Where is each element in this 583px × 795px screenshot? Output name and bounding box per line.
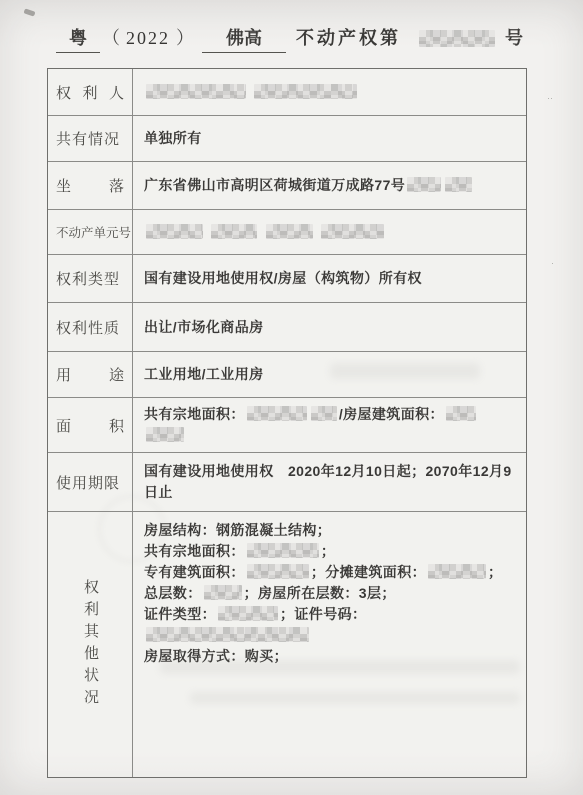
value-line: 专有建筑面积：；分摊建筑面积：； [144,562,518,583]
value-text: 总层数： [144,585,202,601]
row-label: 坐落 [56,175,124,196]
redaction-block [428,564,486,579]
table-row: 面积共有宗地面积：/房屋建筑面积： [48,397,526,452]
redaction-block [407,177,441,192]
value-text: 共有宗地面积： [144,406,245,422]
row-label: 权利类型 [56,268,124,289]
cert-year: 2022 [126,28,170,49]
paren-close: ） [176,24,194,50]
issuer-code: 佛高 [202,24,286,53]
table-row: 坐落广东省佛山市高明区荷城街道万成路77号 [48,161,526,209]
row-value-cell: 国有建设用地使用权 2020年12月10日起；2070年12月9日止 [133,453,526,511]
ghost-print [330,363,480,379]
value-line [144,82,518,103]
value-line: 证件类型：；证件号码： [144,604,518,646]
table-row: 共有情况单独所有 [48,115,526,161]
redaction-block [146,84,246,99]
row-label: 权利其他状况 [81,579,99,711]
redaction-block [146,427,184,442]
paren-open: （ [102,24,120,50]
row-label: 共有情况 [56,128,124,149]
value-text: 国有建设用地使用权/房屋（构筑物）所有权 [144,270,422,286]
row-value-cell [133,69,526,115]
row-label: 使用期限 [56,472,124,493]
row-value-cell: 房屋结构：钢筋混凝土结构；共有宗地面积：；专有建筑面积：；分摊建筑面积：；总层数… [133,512,526,777]
value-text [315,224,319,240]
value-line: 共有宗地面积：/房屋建筑面积： [144,404,518,446]
redaction-block [204,585,242,600]
value-text: ；分摊建筑面积： [311,564,426,580]
value-text: ；房屋所在层数：3层； [244,585,396,601]
redaction-block [247,564,309,579]
table-row: 不动产单元号 [48,209,526,254]
row-label: 用途 [56,364,124,385]
scan-artifact [23,8,35,16]
table-row: 权利人 [48,69,526,115]
redaction-block [146,627,309,642]
value-line: 共有宗地面积：； [144,541,518,562]
row-label-cell: 不动产单元号 [48,210,133,254]
value-text: ； [321,543,335,559]
row-label-cell: 面积 [48,398,133,452]
value-text: 单独所有 [144,130,202,146]
value-text [248,84,252,100]
ghost-stamp [98,495,166,563]
row-value-cell: 单独所有 [133,116,526,161]
number-suffix-char: 号 [505,24,523,50]
redaction-block [321,224,384,239]
table-row: 权利类型国有建设用地使用权/房屋（构筑物）所有权 [48,254,526,302]
redaction-block [247,543,319,558]
redaction-block [247,406,307,421]
redaction-block [218,606,278,621]
redaction-block [254,84,357,99]
certificate-header: 粤 （ 2022 ） 佛高 不动产权第 号 [56,24,553,58]
value-text: 专有建筑面积： [144,564,245,580]
row-value-cell: 广东省佛山市高明区荷城街道万成路77号 [133,162,526,209]
value-line: 总层数：；房屋所在层数：3层； [144,583,518,604]
row-label: 面积 [56,415,124,436]
value-text: 房屋结构：钢筋混凝土结构； [144,522,331,538]
value-line: 国有建设用地使用权 2020年12月10日起；2070年12月9日止 [144,461,518,503]
scan-artifact: ·· [547,93,553,103]
redacted-certificate-number [417,29,497,50]
row-label-cell: 坐落 [48,162,133,209]
value-line: 出让/市场化商品房 [144,317,518,338]
row-value-cell: 国有建设用地使用权/房屋（构筑物）所有权 [133,255,526,302]
table-row: 权利性质出让/市场化商品房 [48,302,526,351]
value-text: 出让/市场化商品房 [144,319,264,335]
row-label-cell: 权利性质 [48,303,133,351]
row-value-cell [133,210,526,254]
row-label: 权利人 [56,82,124,103]
value-line: 房屋结构：钢筋混凝土结构； [144,520,518,541]
row-label: 权利性质 [56,317,124,338]
certificate-page: 粤 （ 2022 ） 佛高 不动产权第 号 权利人 共有情况单独所有坐落广东省佛… [0,0,583,795]
redaction-block [419,30,495,47]
redaction-block [311,406,337,421]
value-line [144,222,518,243]
value-text: ； [488,564,502,580]
row-label-cell: 共有情况 [48,116,133,161]
row-label: 不动产单元号 [56,223,124,241]
value-text [205,224,209,240]
redaction-block [266,224,313,239]
redaction-block [446,406,476,421]
province-char: 粤 [56,24,100,53]
certificate-title: 不动产权第 [296,24,401,50]
row-value-cell: 共有宗地面积：/房屋建筑面积： [133,398,526,452]
value-text: ；证件号码： [280,606,366,622]
value-text: 证件类型： [144,606,216,622]
value-text [259,224,263,240]
value-text: /房屋建筑面积： [339,406,444,422]
redaction-block [146,224,203,239]
value-line: 单独所有 [144,128,518,149]
row-label-cell: 用途 [48,352,133,397]
row-label-cell: 权利类型 [48,255,133,302]
value-line: 国有建设用地使用权/房屋（构筑物）所有权 [144,268,518,289]
ghost-print [160,660,520,674]
ghost-print [190,692,520,704]
redaction-block [445,177,472,192]
redaction-block [211,224,257,239]
value-line: 广东省佛山市高明区荷城街道万成路77号 [144,175,518,196]
row-label-cell: 权利人 [48,69,133,115]
value-text: 国有建设用地使用权 2020年12月10日起；2070年12月9日止 [144,463,512,500]
scan-artifact: · [551,258,554,268]
row-value-cell: 出让/市场化商品房 [133,303,526,351]
value-text: 广东省佛山市高明区荷城街道万成路77号 [144,177,405,193]
value-text: 工业用地/工业用房 [144,366,264,382]
